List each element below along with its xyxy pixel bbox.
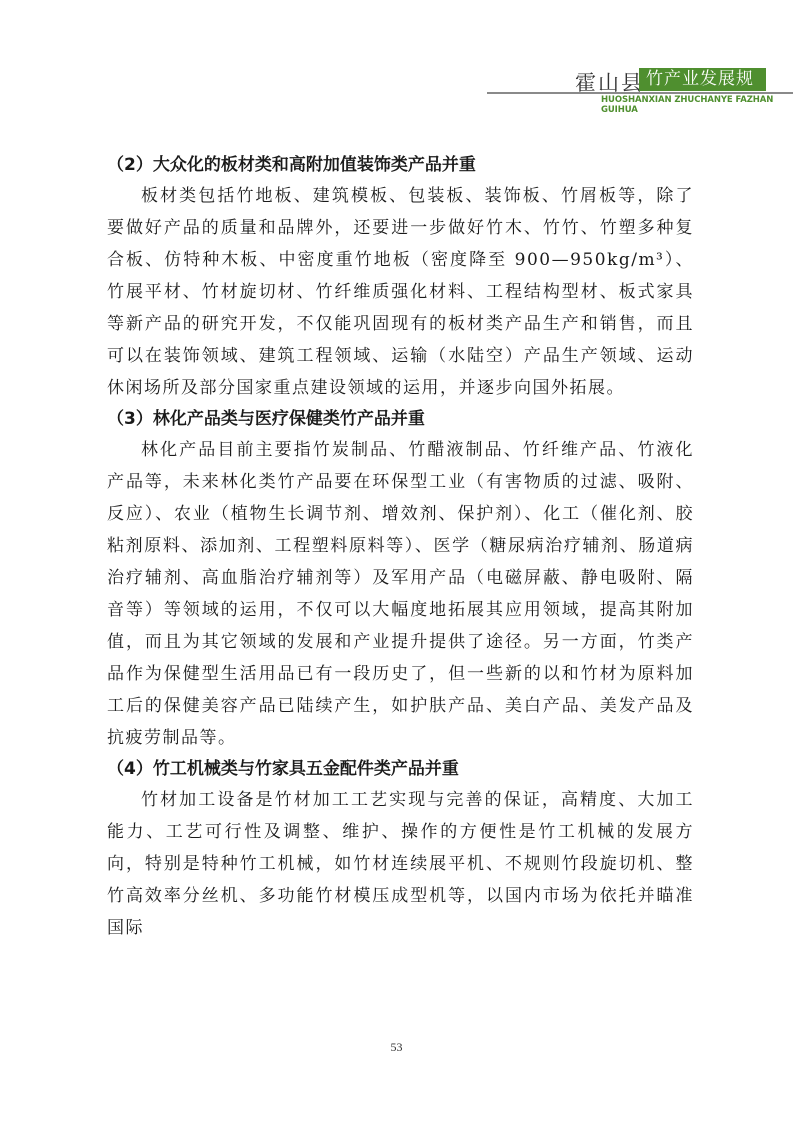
section-heading-4: （4）竹工机械类与竹家具五金配件类产品并重 [107, 754, 694, 784]
header-rule [487, 92, 793, 94]
section-paragraph-3: 林化产品目前主要指竹炭制品、竹醋液制品、竹纤维产品、竹液化产品等，未来林化类竹产… [107, 434, 694, 754]
section-paragraph-2: 板材类包括竹地板、建筑模板、包装板、装饰板、竹屑板等，除了要做好产品的质量和品牌… [107, 180, 694, 404]
page-number: 53 [0, 1040, 793, 1055]
section-paragraph-4: 竹材加工设备是竹材加工工艺实现与完善的保证，高精度、大加工能力、工艺可行性及调整… [107, 784, 694, 944]
section-heading-3: （3）林化产品类与医疗保健类竹产品并重 [107, 404, 694, 434]
page-header: 霍山县 竹产业发展规划 HUOSHANXIAN ZHUCHANYE FAZHAN… [0, 0, 793, 110]
header-title-box: 竹产业发展规划 [639, 68, 766, 91]
document-body: （2）大众化的板材类和高附加值装饰类产品并重 板材类包括竹地板、建筑模板、包装板… [107, 150, 694, 944]
header-pinyin: HUOSHANXIAN ZHUCHANYE FAZHAN GUIHUA [601, 95, 793, 115]
section-heading-2: （2）大众化的板材类和高附加值装饰类产品并重 [107, 150, 694, 180]
